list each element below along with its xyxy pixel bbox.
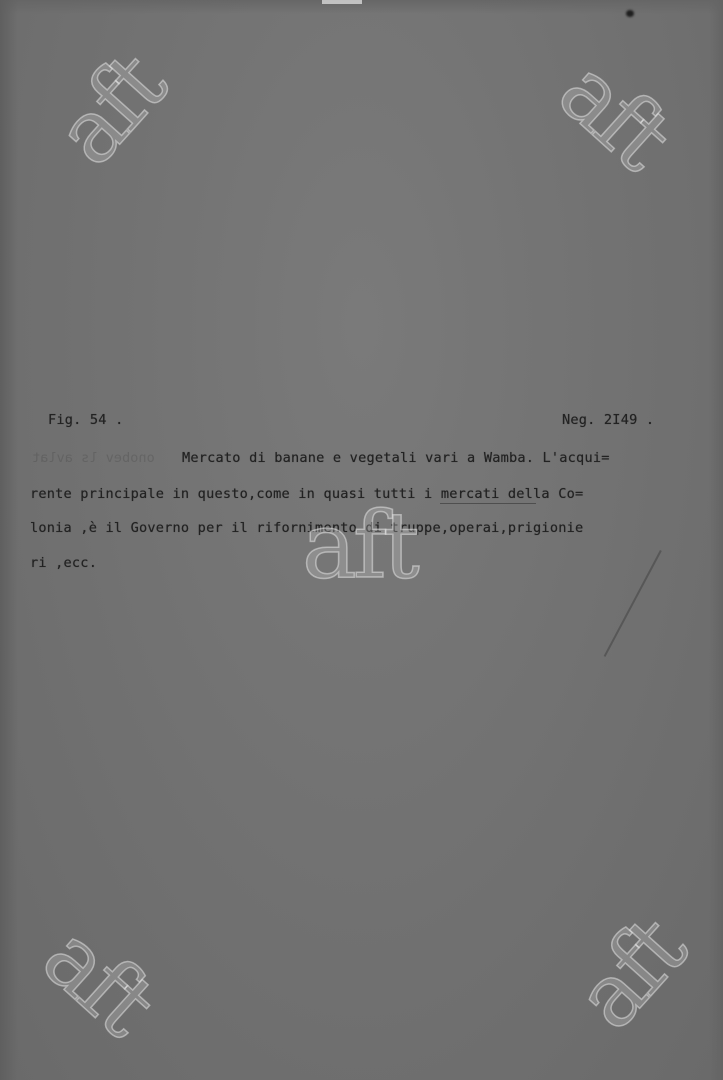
underline-mark <box>440 503 536 504</box>
caption-line-4: ri ,ecc. <box>30 555 97 571</box>
tape-mark <box>322 0 362 4</box>
watermark-bottom-right: aft <box>561 904 699 1043</box>
caption-line-1: Mercato di banane e vegetali vari a Wamb… <box>182 450 610 466</box>
bleed-through-text: onobev ls avlat <box>32 450 155 466</box>
figure-number: Fig. 54 . <box>48 412 123 428</box>
watermark-top-left: aft <box>41 40 179 179</box>
watermark-top-right: aft <box>544 45 683 183</box>
scratch-mark <box>604 550 662 657</box>
negative-number: Neg. 2I49 . <box>562 412 654 428</box>
page-edge-left <box>0 0 18 1080</box>
watermark-bottom-left: aft <box>28 911 167 1049</box>
scanned-document-page: aft aft aft aft onobev ls avlat Fig. 54 … <box>0 0 723 1080</box>
ink-spot <box>626 10 634 17</box>
page-edge-right <box>709 0 723 1080</box>
watermark-center: aft <box>302 500 416 592</box>
